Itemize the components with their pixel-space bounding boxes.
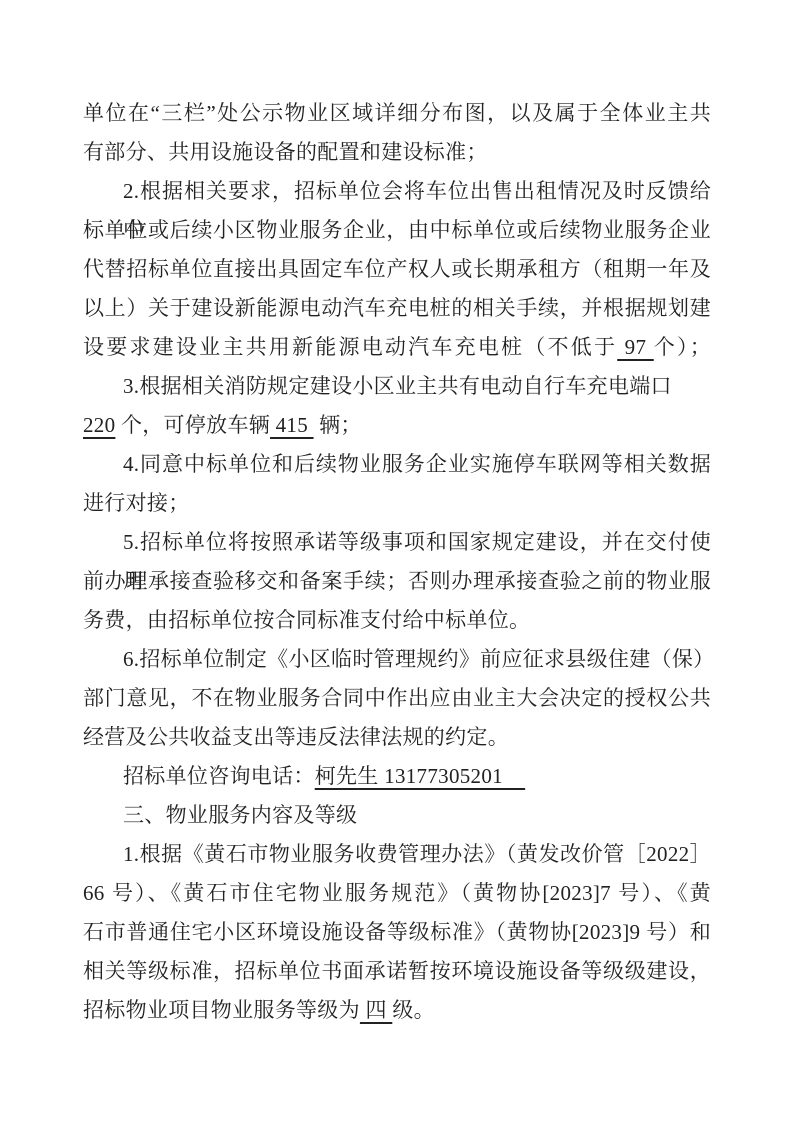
text-line: 相关等级标准，招标单位书面承诺暂按环境设施设备等级级建设， [83, 952, 711, 991]
text-line: 设要求建设业主共用新能源电动汽车充电桩（不低于 97 个）； [83, 328, 711, 367]
text-segment: 相关等级标准，招标单位书面承诺暂按环境设施设备等级级建设， [83, 959, 711, 983]
text-segment: 经营及公共收益支出等违反法律法规的约定。 [83, 725, 509, 749]
underlined-value: 415 [270, 413, 314, 437]
text-line: 2.根据相关要求，招标单位会将车位出售出租情况及时反馈给中 [83, 172, 711, 211]
text-segment: 级。 [392, 998, 435, 1022]
text-line: 1.根据《黄石市物业服务收费管理办法》（黄发改价管［2022］ [83, 835, 711, 874]
text-segment: 辆； [314, 413, 362, 437]
text-segment: 个，可停放车辆 [115, 413, 270, 437]
text-line: 招标单位咨询电话：柯先生 13177305201 [83, 757, 711, 796]
text-line: 220 个，可停放车辆 415 辆； [83, 406, 711, 445]
document-page: 单位在“三栏”处公示物业区域详细分布图，以及属于全体业主共有部分、共用设施设备的… [0, 0, 794, 1123]
text-segment: 前办理承接查验移交和备案手续；否则办理承接查验之前的物业服 [83, 569, 711, 593]
text-segment: 进行对接； [83, 491, 190, 515]
text-line: 前办理承接查验移交和备案手续；否则办理承接查验之前的物业服 [83, 562, 711, 601]
text-line: 务费，由招标单位按合同标准支付给中标单位。 [83, 601, 711, 640]
text-segment: 6.招标单位制定《小区临时管理规约》前应征求县级住建（保） [123, 647, 714, 671]
text-segment: 部门意见，不在物业服务合同中作出应由业主大会决定的授权公共 [83, 686, 711, 710]
text-line: 石市普通住宅小区环境设施设备等级标准》（黄物协[2023]9 号）和 [83, 913, 711, 952]
text-line: 有部分、共用设施设备的配置和建设标准； [83, 133, 711, 172]
text-segment: 标单位或后续小区物业服务企业，由中标单位或后续物业服务企业 [83, 218, 711, 242]
text-line: 标单位或后续小区物业服务企业，由中标单位或后续物业服务企业 [83, 211, 711, 250]
text-segment: 招标单位咨询电话： [123, 764, 315, 788]
text-line: 5.招标单位将按照承诺等级事项和国家规定建设，并在交付使用 [83, 523, 711, 562]
text-line: 招标物业项目物业服务等级为 四 级。 [83, 991, 711, 1030]
text-segment: 代替招标单位直接出具固定车位产权人或长期承租方（租期一年及 [83, 257, 711, 281]
text-line: 进行对接； [83, 484, 711, 523]
text-segment: 招标物业项目物业服务等级为 [83, 998, 360, 1022]
underlined-value: 220 [83, 413, 115, 437]
underlined-value: 柯先生 13177305201 [315, 764, 525, 788]
underlined-value: 四 [360, 998, 392, 1022]
text-segment: 以上）关于建设新能源电动汽车充电桩的相关手续，并根据规划建 [83, 296, 711, 320]
text-segment: 有部分、共用设施设备的配置和建设标准； [83, 140, 488, 164]
text-segment: 三、物业服务内容及等级 [123, 803, 357, 827]
text-line: 代替招标单位直接出具固定车位产权人或长期承租方（租期一年及 [83, 250, 711, 289]
text-segment: 4.同意中标单位和后续物业服务企业实施停车联网等相关数据 [123, 452, 711, 476]
text-segment: 个）； [654, 335, 711, 359]
text-line: 部门意见，不在物业服务合同中作出应由业主大会决定的授权公共 [83, 679, 711, 718]
text-line: 3.根据相关消防规定建设小区业主共有电动自行车充电端口 [83, 367, 711, 406]
underlined-value: 97 [617, 335, 654, 359]
text-line: 6.招标单位制定《小区临时管理规约》前应征求县级住建（保） [83, 640, 711, 679]
text-segment: 务费，由招标单位按合同标准支付给中标单位。 [83, 608, 530, 632]
text-line: 三、物业服务内容及等级 [83, 796, 711, 835]
text-segment: 设要求建设业主共用新能源电动汽车充电桩（不低于 [83, 335, 617, 359]
text-line: 单位在“三栏”处公示物业区域详细分布图，以及属于全体业主共 [83, 94, 711, 133]
text-line: 以上）关于建设新能源电动汽车充电桩的相关手续，并根据规划建 [83, 289, 711, 328]
text-line: 4.同意中标单位和后续物业服务企业实施停车联网等相关数据 [83, 445, 711, 484]
text-line: 66 号）、《黄石市住宅物业服务规范》（黄物协[2023]7 号）、《黄 [83, 874, 711, 913]
text-line: 经营及公共收益支出等违反法律法规的约定。 [83, 718, 711, 757]
text-segment: 1.根据《黄石市物业服务收费管理办法》（黄发改价管［2022］ [123, 842, 711, 866]
text-segment: 66 号）、《黄石市住宅物业服务规范》（黄物协[2023]7 号）、《黄 [83, 881, 711, 905]
text-segment: 石市普通住宅小区环境设施设备等级标准》（黄物协[2023]9 号）和 [83, 920, 711, 944]
document-body: 单位在“三栏”处公示物业区域详细分布图，以及属于全体业主共有部分、共用设施设备的… [83, 94, 711, 1030]
text-segment: 单位在“三栏”处公示物业区域详细分布图，以及属于全体业主共 [83, 101, 711, 125]
text-segment: 3.根据相关消防规定建设小区业主共有电动自行车充电端口 [123, 374, 672, 398]
